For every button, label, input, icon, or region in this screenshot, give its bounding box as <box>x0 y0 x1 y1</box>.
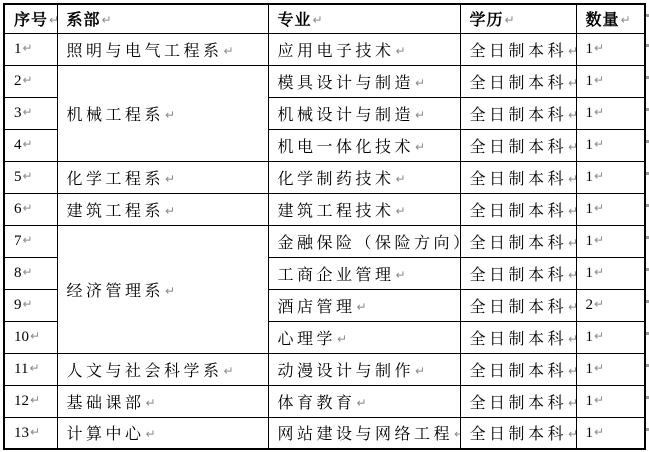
cell-dept: 计算中心↵ <box>57 417 268 449</box>
paragraph-mark-icon: ↵ <box>23 105 33 119</box>
cell-text: 酒店管理 <box>278 299 356 316</box>
paragraph-mark-icon: ↵ <box>568 300 576 314</box>
cell-text: 经济管理系 <box>67 283 165 300</box>
cell-no: 13↵ <box>4 417 57 449</box>
cell-major: 心理学↵ <box>268 321 460 353</box>
cell-text: 学历 <box>470 12 504 29</box>
paragraph-mark-icon: ↵ <box>594 105 604 119</box>
cell-major: 网站建设与网络工程↵ <box>268 417 460 449</box>
paragraph-mark-icon: ↵ <box>594 41 604 55</box>
paragraph-mark-icon: ↵ <box>415 76 425 90</box>
cell-no: 6↵ <box>4 193 57 225</box>
paragraph-mark-icon: ↵ <box>568 44 576 58</box>
cell-qty: 1↵ <box>576 161 645 193</box>
paragraph-mark-icon: ↵ <box>23 201 33 215</box>
cell-text: 全日制本科 <box>470 299 568 316</box>
cell-text: 建筑工程技术 <box>278 203 395 220</box>
cell-text: 1 <box>586 233 594 249</box>
cell-degree: 全日制本科↵ <box>460 193 576 225</box>
paragraph-mark-icon: ↵ <box>357 300 367 314</box>
cell-text: 1 <box>586 137 594 153</box>
cell-text: 1 <box>586 265 594 281</box>
cell-no: 5↵ <box>4 161 57 193</box>
paragraph-mark-icon: ↵ <box>454 427 460 441</box>
paragraph-mark-icon: ↵ <box>594 169 604 183</box>
cell-degree: 全日制本科↵ <box>460 225 576 257</box>
cell-text: 4 <box>14 137 22 153</box>
header-row: 序号↵系部↵专业↵学历↵数量↵ <box>4 4 645 33</box>
cell-text: 1 <box>586 105 594 121</box>
cell-no: 7↵ <box>4 225 57 257</box>
cell-degree: 全日制本科↵ <box>460 97 576 129</box>
cell-text: 心理学 <box>278 331 337 348</box>
cell-text: 1 <box>586 73 594 89</box>
paragraph-mark-icon: ↵ <box>568 427 576 441</box>
paragraph-mark-icon: ↵ <box>594 137 604 151</box>
paragraph-mark-icon: ↵ <box>594 73 604 87</box>
paragraph-mark-icon: ↵ <box>224 364 234 378</box>
cell-no: 1↵ <box>4 33 57 65</box>
paragraph-mark-icon: ↵ <box>313 13 323 27</box>
cell-text: 化学工程系 <box>67 171 165 188</box>
cell-degree: 全日制本科↵ <box>460 65 576 97</box>
paragraph-mark-icon: ↵ <box>23 41 33 55</box>
recruitment-table: 序号↵系部↵专业↵学历↵数量↵ 1↵照明与电气工程系↵应用电子技术↵全日制本科↵… <box>3 3 646 450</box>
cell-dept: 经济管理系↵ <box>57 225 268 353</box>
cell-text: 1 <box>586 329 594 345</box>
paragraph-mark-icon: ↵ <box>165 204 175 218</box>
cell-text: 动漫设计与制作 <box>278 363 415 380</box>
cell-text: 机械工程系 <box>67 107 165 124</box>
cell-text: 13 <box>14 425 29 441</box>
paragraph-mark-icon: ↵ <box>568 108 576 122</box>
cell-dept: 建筑工程系↵ <box>57 193 268 225</box>
cell-text: 11 <box>14 361 28 377</box>
paragraph-mark-icon: ↵ <box>23 73 33 87</box>
paragraph-mark-icon: ↵ <box>568 396 576 410</box>
paragraph-mark-icon: ↵ <box>568 172 576 186</box>
cell-text: 9 <box>14 297 22 313</box>
paragraph-mark-icon: ↵ <box>30 329 40 343</box>
cell-text: 1 <box>14 41 22 57</box>
cell-degree: 全日制本科↵ <box>460 417 576 449</box>
cell-text: 3 <box>14 105 22 121</box>
paragraph-mark-icon: ↵ <box>505 13 515 27</box>
cell-qty: 1↵ <box>576 417 645 449</box>
cell-text: 2 <box>14 73 22 89</box>
paragraph-mark-icon: ↵ <box>146 396 156 410</box>
paragraph-mark-icon: ↵ <box>594 329 604 343</box>
paragraph-mark-icon: ↵ <box>568 236 576 250</box>
cell-text: 全日制本科 <box>470 203 568 220</box>
cell-text: 1 <box>586 425 594 441</box>
cell-no: 2↵ <box>4 65 57 97</box>
cell-major: 化学制药技术↵ <box>268 161 460 193</box>
table-row: 5↵化学工程系↵化学制药技术↵全日制本科↵1↵ <box>4 161 645 193</box>
cell-qty: 1↵ <box>576 33 645 65</box>
cell-degree: 全日制本科↵ <box>460 129 576 161</box>
table-row: 2↵机械工程系↵模具设计与制造↵全日制本科↵1↵ <box>4 65 645 97</box>
cell-text: 2 <box>586 297 594 313</box>
cell-qty: 1↵ <box>576 97 645 129</box>
paragraph-mark-icon: ↵ <box>594 233 604 247</box>
paragraph-mark-icon: ↵ <box>621 13 631 27</box>
cell-text: 5 <box>14 169 22 185</box>
paragraph-mark-icon: ↵ <box>594 425 604 439</box>
paragraph-mark-icon: ↵ <box>146 427 156 441</box>
cell-text: 网站建设与网络工程 <box>278 426 454 443</box>
cell-major: 机械设计与制造↵ <box>268 97 460 129</box>
paragraph-mark-icon: ↵ <box>30 393 40 407</box>
paragraph-mark-icon: ↵ <box>415 140 425 154</box>
table-row: 13↵计算中心↵网站建设与网络工程↵全日制本科↵1↵ <box>4 417 645 449</box>
cell-text: 计算中心 <box>67 426 145 443</box>
paragraph-mark-icon: ↵ <box>396 44 406 58</box>
cell-text: 全日制本科 <box>470 363 568 380</box>
cell-qty: 1↵ <box>576 257 645 289</box>
cell-text: 全日制本科 <box>470 395 568 412</box>
cell-qty: 1↵ <box>576 353 645 385</box>
paragraph-mark-icon: ↵ <box>49 13 57 27</box>
cell-qty: 1↵ <box>576 129 645 161</box>
cell-major: 体育教育↵ <box>268 385 460 417</box>
paragraph-mark-icon: ↵ <box>396 172 406 186</box>
paragraph-mark-icon: ↵ <box>568 140 576 154</box>
paragraph-mark-icon: ↵ <box>224 44 234 58</box>
paragraph-mark-icon: ↵ <box>165 284 175 298</box>
table-row: 1↵照明与电气工程系↵应用电子技术↵全日制本科↵1↵ <box>4 33 645 65</box>
cell-text: 应用电子技术 <box>278 43 395 60</box>
paragraph-mark-icon: ↵ <box>337 332 347 346</box>
cell-qty: 1↵ <box>576 193 645 225</box>
cell-text: 7 <box>14 233 22 249</box>
cell-dept: 机械工程系↵ <box>57 65 268 161</box>
cell-text: 6 <box>14 201 22 217</box>
cell-text: 全日制本科 <box>470 171 568 188</box>
table-row: 6↵建筑工程系↵建筑工程技术↵全日制本科↵1↵ <box>4 193 645 225</box>
cell-degree: 全日制本科↵ <box>460 257 576 289</box>
paragraph-mark-icon: ↵ <box>594 393 604 407</box>
header-cell-3: 学历↵ <box>460 4 576 33</box>
paragraph-mark-icon: ↵ <box>568 268 576 282</box>
cell-text: 基础课部 <box>67 395 145 412</box>
cell-major: 金融保险（保险方向）↵ <box>268 225 460 257</box>
cell-no: 11↵ <box>4 353 57 385</box>
cell-text: 全日制本科 <box>470 139 568 156</box>
cell-text: 机械设计与制造 <box>278 107 415 124</box>
paragraph-mark-icon: ↵ <box>415 364 425 378</box>
cell-text: 1 <box>586 393 594 409</box>
paragraph-mark-icon: ↵ <box>23 233 33 247</box>
paragraph-mark-icon: ↵ <box>594 201 604 215</box>
paragraph-mark-icon: ↵ <box>165 172 175 186</box>
cell-qty: 1↵ <box>576 385 645 417</box>
paragraph-mark-icon: ↵ <box>594 361 604 375</box>
cell-text: 1 <box>586 201 594 217</box>
cell-text: 1 <box>586 169 594 185</box>
cell-major: 动漫设计与制作↵ <box>268 353 460 385</box>
cell-text: 全日制本科 <box>470 43 568 60</box>
paragraph-mark-icon: ↵ <box>568 76 576 90</box>
cell-text: 8 <box>14 265 22 281</box>
cell-text: 模具设计与制造 <box>278 75 415 92</box>
header-cell-2: 专业↵ <box>268 4 460 33</box>
header-cell-0: 序号↵ <box>4 4 57 33</box>
paragraph-mark-icon: ↵ <box>568 364 576 378</box>
cell-major: 建筑工程技术↵ <box>268 193 460 225</box>
cell-degree: 全日制本科↵ <box>460 321 576 353</box>
cell-text: 全日制本科 <box>470 267 568 284</box>
cell-no: 4↵ <box>4 129 57 161</box>
cell-major: 应用电子技术↵ <box>268 33 460 65</box>
paragraph-mark-icon: ↵ <box>396 204 406 218</box>
cell-dept: 照明与电气工程系↵ <box>57 33 268 65</box>
cell-dept: 化学工程系↵ <box>57 161 268 193</box>
cell-text: 1 <box>586 41 594 57</box>
cell-no: 9↵ <box>4 289 57 321</box>
cell-major: 机电一体化技术↵ <box>268 129 460 161</box>
paragraph-mark-icon: ↵ <box>23 265 33 279</box>
cell-text: 全日制本科 <box>470 426 568 443</box>
cell-qty: 1↵ <box>576 321 645 353</box>
paragraph-mark-icon: ↵ <box>30 425 40 439</box>
cell-text: 1 <box>586 361 594 377</box>
cell-degree: 全日制本科↵ <box>460 33 576 65</box>
paragraph-mark-icon: ↵ <box>23 137 33 151</box>
cell-text: 全日制本科 <box>470 107 568 124</box>
cell-text: 金融保险（保险方向） <box>278 235 461 252</box>
cell-no: 8↵ <box>4 257 57 289</box>
cell-text: 建筑工程系 <box>67 203 165 220</box>
header-cell-4: 数量↵ <box>576 4 645 33</box>
header-cell-1: 系部↵ <box>57 4 268 33</box>
cell-dept: 人文与社会科学系↵ <box>57 353 268 385</box>
cell-text: 系部 <box>67 12 101 29</box>
paragraph-mark-icon: ↵ <box>357 396 367 410</box>
cell-qty: 1↵ <box>576 225 645 257</box>
table-row: 7↵经济管理系↵金融保险（保险方向）↵全日制本科↵1↵ <box>4 225 645 257</box>
paragraph-mark-icon: ↵ <box>23 169 33 183</box>
cell-degree: 全日制本科↵ <box>460 289 576 321</box>
cell-no: 12↵ <box>4 385 57 417</box>
paragraph-mark-icon: ↵ <box>415 108 425 122</box>
cell-major: 模具设计与制造↵ <box>268 65 460 97</box>
cell-text: 全日制本科 <box>470 235 568 252</box>
cell-text: 数量 <box>586 12 620 29</box>
cell-degree: 全日制本科↵ <box>460 353 576 385</box>
paragraph-mark-icon: ↵ <box>102 13 112 27</box>
paragraph-mark-icon: ↵ <box>23 297 33 311</box>
cell-no: 3↵ <box>4 97 57 129</box>
cell-text: 专业 <box>278 12 312 29</box>
paragraph-mark-icon: ↵ <box>594 297 604 311</box>
paragraph-mark-icon: ↵ <box>594 265 604 279</box>
cell-major: 酒店管理↵ <box>268 289 460 321</box>
cell-dept: 基础课部↵ <box>57 385 268 417</box>
cell-text: 10 <box>14 329 29 345</box>
cell-major: 工商企业管理↵ <box>268 257 460 289</box>
paragraph-mark-icon: ↵ <box>29 361 39 375</box>
cell-degree: 全日制本科↵ <box>460 385 576 417</box>
paragraph-mark-icon: ↵ <box>568 204 576 218</box>
cell-qty: 2↵ <box>576 289 645 321</box>
cell-qty: 1↵ <box>576 65 645 97</box>
cell-text: 序号 <box>14 12 48 29</box>
cell-text: 工商企业管理 <box>278 267 395 284</box>
cell-text: 照明与电气工程系 <box>67 43 223 60</box>
table-row: 12↵基础课部↵体育教育↵全日制本科↵1↵ <box>4 385 645 417</box>
cell-text: 化学制药技术 <box>278 171 395 188</box>
paragraph-mark-icon: ↵ <box>165 108 175 122</box>
cell-text: 机电一体化技术 <box>278 139 415 156</box>
paragraph-mark-icon: ↵ <box>568 332 576 346</box>
table-row: 11↵人文与社会科学系↵动漫设计与制作↵全日制本科↵1↵ <box>4 353 645 385</box>
cell-degree: 全日制本科↵ <box>460 161 576 193</box>
cell-text: 全日制本科 <box>470 331 568 348</box>
cell-text: 12 <box>14 393 29 409</box>
cell-text: 体育教育 <box>278 395 356 412</box>
cell-text: 人文与社会科学系 <box>67 363 223 380</box>
cell-text: 全日制本科 <box>470 75 568 92</box>
cell-no: 10↵ <box>4 321 57 353</box>
document-page: 序号↵系部↵专业↵学历↵数量↵ 1↵照明与电气工程系↵应用电子技术↵全日制本科↵… <box>0 0 649 452</box>
paragraph-mark-icon: ↵ <box>396 268 406 282</box>
